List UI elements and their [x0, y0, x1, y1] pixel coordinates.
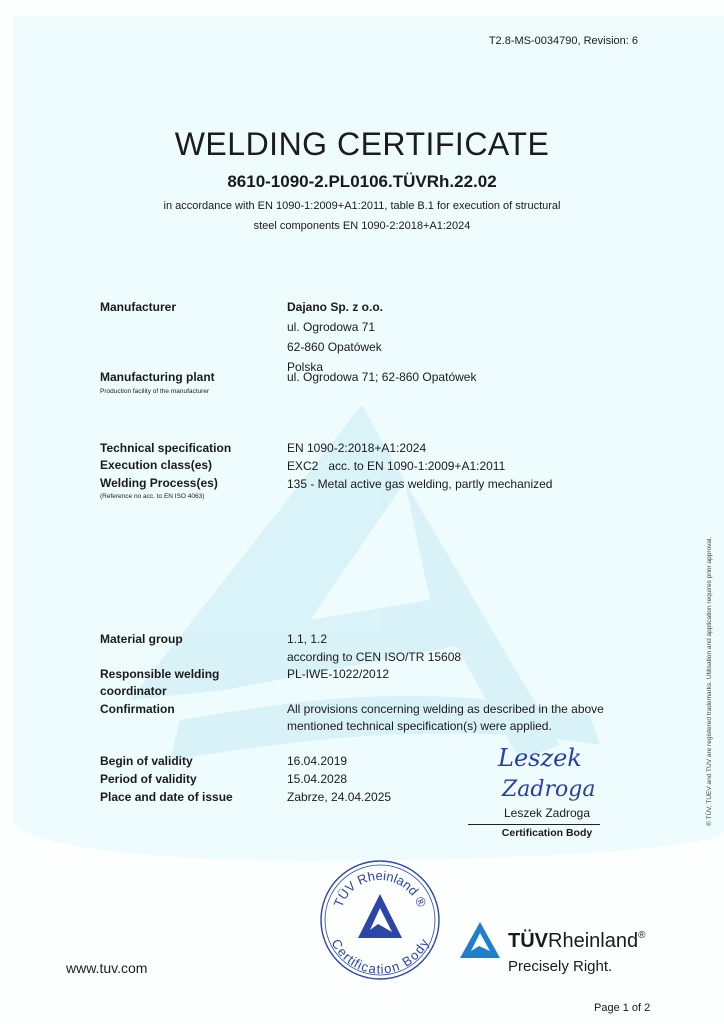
material-group-label: Material group: [100, 631, 183, 649]
signatory-name: Leszek Zadroga: [497, 806, 597, 820]
technical-specification-value: EN 1090-2:2018+A1:2024: [287, 438, 426, 458]
confirmation-line-2: mentioned technical specification(s) wer…: [287, 716, 552, 736]
brand-tagline: Precisely Right.: [508, 958, 612, 975]
trademark-note: ® TÜV, TUEV and TUV are registered trade…: [706, 537, 713, 826]
brand-regular: Rheinland: [548, 930, 638, 952]
seal-bottom-text: Certification Body: [328, 936, 431, 977]
welding-process-label: Welding Process(es): [100, 475, 218, 493]
brand-bold: TÜV: [508, 930, 548, 952]
period-of-validity-value: 15.04.2028: [287, 769, 347, 789]
period-of-validity-label: Period of validity: [100, 771, 197, 789]
manufacturing-plant-sublabel: Production facility of the manufacturer: [100, 388, 209, 395]
subtitle-line-1: in accordance with EN 1090-1:2009+A1:201…: [0, 196, 724, 216]
subtitle-line-2: steel components EN 1090-2:2018+A1:2024: [0, 216, 724, 236]
confirmation-label: Confirmation: [100, 701, 175, 719]
place-date-issue-label: Place and date of issue: [100, 789, 233, 807]
website-link[interactable]: www.tuv.com: [66, 960, 147, 976]
welding-coordinator-label-2: coordinator: [100, 683, 167, 701]
certificate-number: 8610-1090-2.PL0106.TÜVRh.22.02: [0, 172, 724, 192]
signature-line: [468, 824, 600, 825]
signature-last-name: Zadroga: [501, 777, 595, 802]
manufacturer-name: Dajano Sp. z o.o.: [287, 297, 383, 317]
document-reference: T2.8-MS-0034790, Revision: 6: [489, 35, 638, 47]
tuv-rheinland-brand: TÜVRheinland®: [508, 930, 645, 953]
handwritten-signature: Leszek Zadroga: [488, 738, 598, 808]
seal-triangle-icon: [358, 894, 402, 938]
brand-registered-mark: ®: [638, 930, 645, 941]
manufacturer-address-1: ul. Ogrodowa 71: [287, 317, 375, 337]
certificate-subtitle: in accordance with EN 1090-1:2009+A1:201…: [0, 196, 724, 236]
welding-process-sublabel: (Reference no acc. to EN ISO 4063): [100, 493, 204, 500]
begin-of-validity-value: 16.04.2019: [287, 751, 347, 771]
page-number: Page 1 of 2: [594, 1002, 650, 1014]
certification-seal: TÜV Rheinland ® Certification Body: [318, 858, 442, 982]
welding-coordinator-value: PL-IWE-1022/2012: [287, 664, 389, 684]
signatory-role: Certification Body: [497, 827, 597, 839]
certificate-title: WELDING CERTIFICATE: [0, 126, 724, 163]
manufacturer-label: Manufacturer: [100, 299, 176, 317]
manufacturing-plant-label: Manufacturing plant: [100, 369, 215, 387]
execution-class-value: EXC2 acc. to EN 1090-1:2009+A1:2011: [287, 456, 505, 476]
begin-of-validity-label: Begin of validity: [100, 753, 193, 771]
signature-first-name: Leszek: [497, 744, 582, 772]
tuv-triangle-logo-icon: [458, 920, 502, 960]
technical-specification-label: Technical specification: [100, 440, 231, 458]
manufacturer-address-2: 62-860 Opatówek: [287, 337, 382, 357]
welding-process-value: 135 - Metal active gas welding, partly m…: [287, 474, 552, 494]
execution-class-label: Execution class(es): [100, 457, 212, 475]
manufacturing-plant-value: ul. Ogrodowa 71; 62-860 Opatówek: [287, 367, 476, 387]
place-date-issue-value: Zabrze, 24.04.2025: [287, 787, 391, 807]
welding-coordinator-label-1: Responsible welding: [100, 666, 219, 684]
material-group-value: 1.1, 1.2: [287, 629, 327, 649]
